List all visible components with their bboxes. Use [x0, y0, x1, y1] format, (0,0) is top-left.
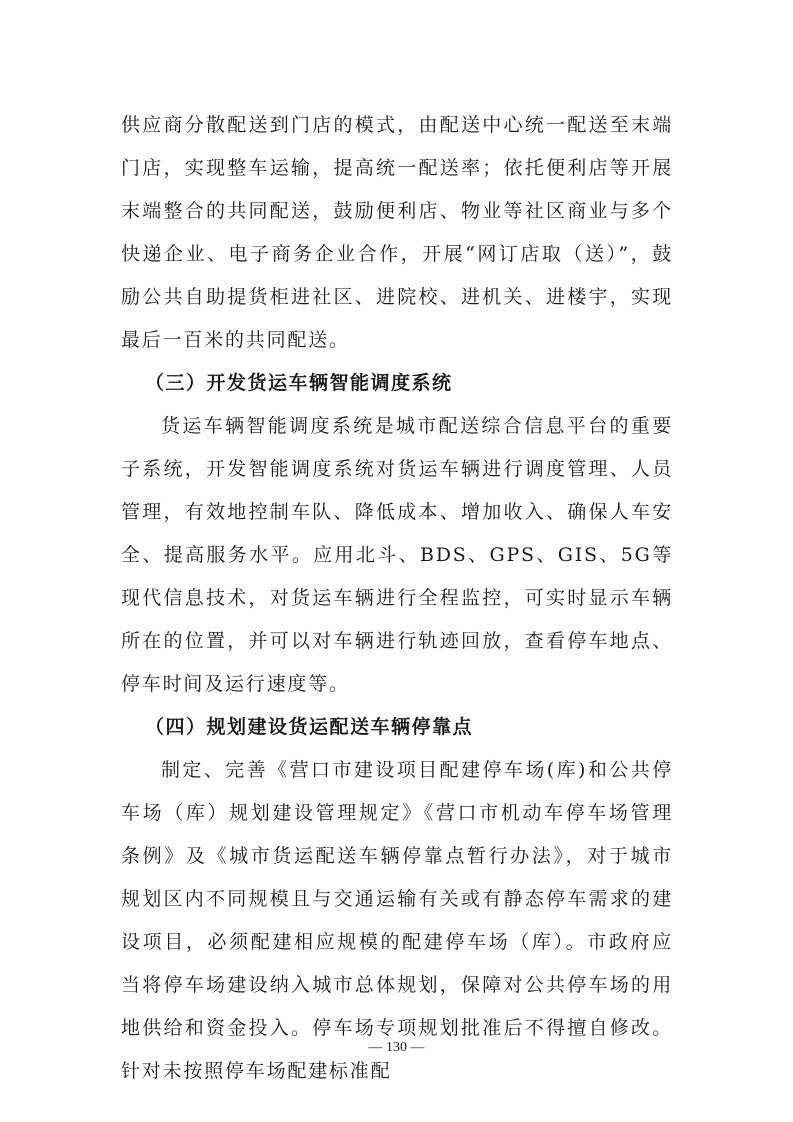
section-heading: （三）开发货运车辆智能调度系统 [121, 362, 673, 405]
page-body: 供应商分散配送到门店的模式，由配送中心统一配送至末端门店，实现整车运输，提高统一… [121, 104, 673, 1093]
section-4: （四）规划建设货运配送车辆停靠点 制定、完善《营口市建设项目配建停车场(库)和公… [121, 706, 673, 1093]
document-page: 供应商分散配送到门店的模式，由配送中心统一配送至末端门店，实现整车运输，提高统一… [0, 0, 793, 1122]
continued-paragraph: 供应商分散配送到门店的模式，由配送中心统一配送至末端门店，实现整车运输，提高统一… [121, 104, 673, 362]
section-paragraph: 货运车辆智能调度系统是城市配送综合信息平台的重要子系统，开发智能调度系统对货运车… [121, 405, 673, 706]
page-number: — 130 — [0, 1040, 793, 1056]
section-heading: （四）规划建设货运配送车辆停靠点 [121, 706, 673, 749]
section-3: （三）开发货运车辆智能调度系统 货运车辆智能调度系统是城市配送综合信息平台的重要… [121, 362, 673, 706]
